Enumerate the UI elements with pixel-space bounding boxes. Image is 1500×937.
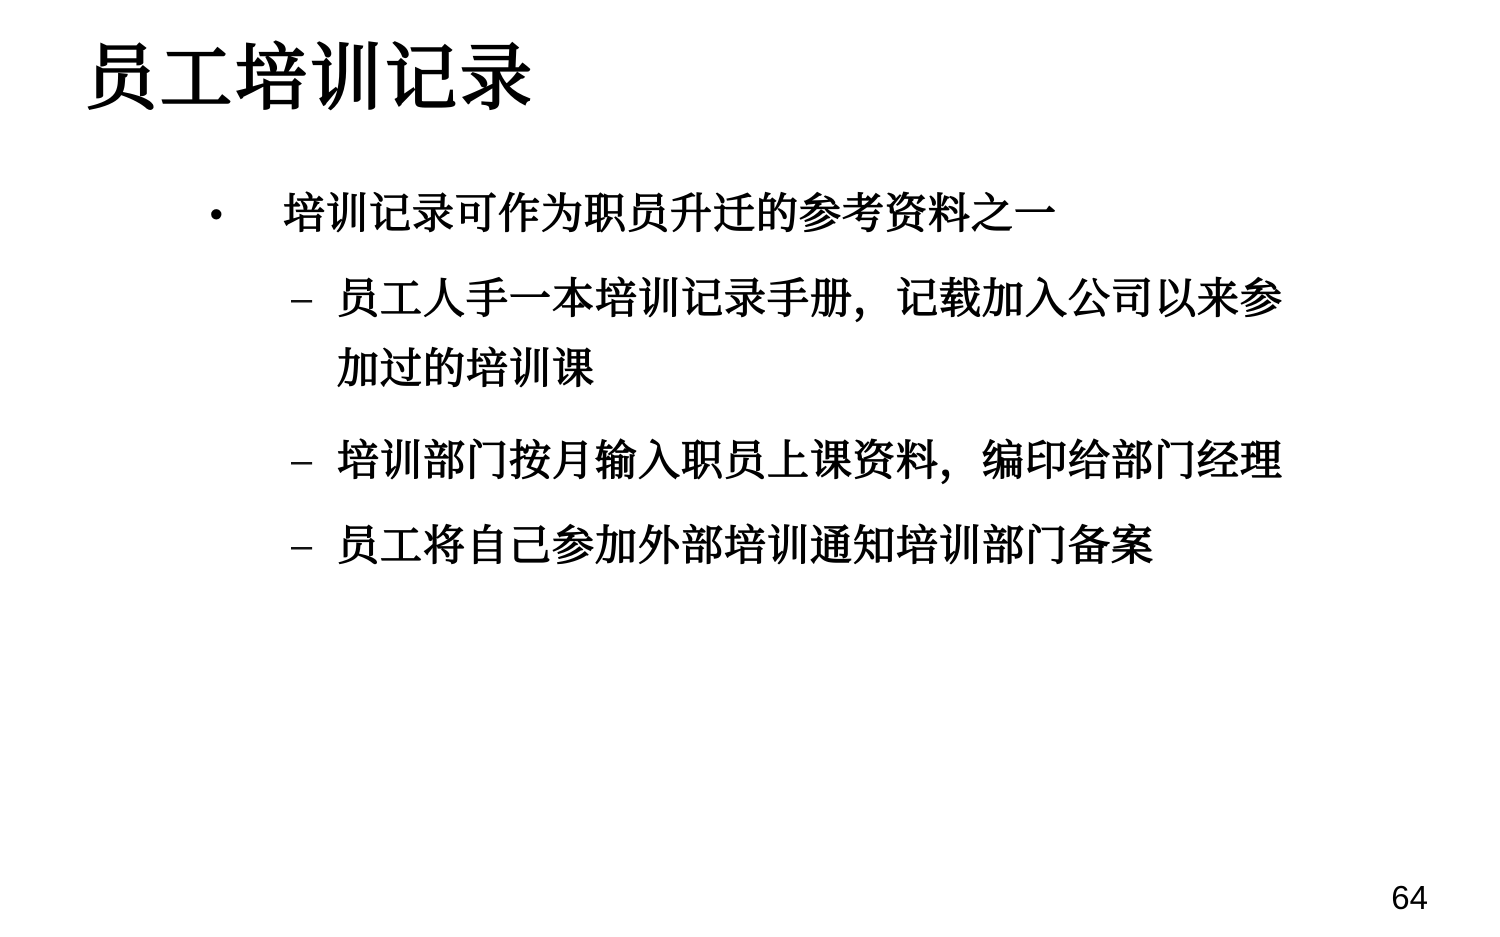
sub-bullet-text: 员工人手一本培训记录手册，记载加入公司以来参加过的培训课 bbox=[337, 264, 1317, 404]
sub-bullet-text: 培训部门按月输入职员上课资料，编印给部门经理 bbox=[337, 426, 1283, 496]
slide-body: • 培训记录可作为职员升迁的参考资料之一 – 员工人手一本培训记录手册，记载加入… bbox=[0, 179, 1500, 603]
dash-marker-icon: – bbox=[291, 511, 337, 581]
sub-bullet-text: 员工将自己参加外部培训通知培训部门备案 bbox=[337, 511, 1154, 581]
bullet-item: • 培训记录可作为职员升迁的参考资料之一 bbox=[210, 179, 1500, 249]
sub-bullet-item: – 员工人手一本培训记录手册，记载加入公司以来参加过的培训课 bbox=[291, 264, 1500, 404]
page-number: 64 bbox=[1391, 879, 1428, 917]
bullet-marker-icon: • bbox=[210, 179, 283, 249]
bullet-text: 培训记录可作为职员升迁的参考资料之一 bbox=[283, 179, 1057, 249]
sub-bullet-item: – 员工将自己参加外部培训通知培训部门备案 bbox=[291, 511, 1500, 581]
slide-title: 员工培训记录 bbox=[85, 40, 535, 119]
slide: 员工培训记录 • 培训记录可作为职员升迁的参考资料之一 – 员工人手一本培训记录… bbox=[0, 0, 1500, 937]
dash-marker-icon: – bbox=[291, 426, 337, 496]
sub-bullet-item: – 培训部门按月输入职员上课资料，编印给部门经理 bbox=[291, 426, 1500, 496]
dash-marker-icon: – bbox=[291, 264, 337, 334]
